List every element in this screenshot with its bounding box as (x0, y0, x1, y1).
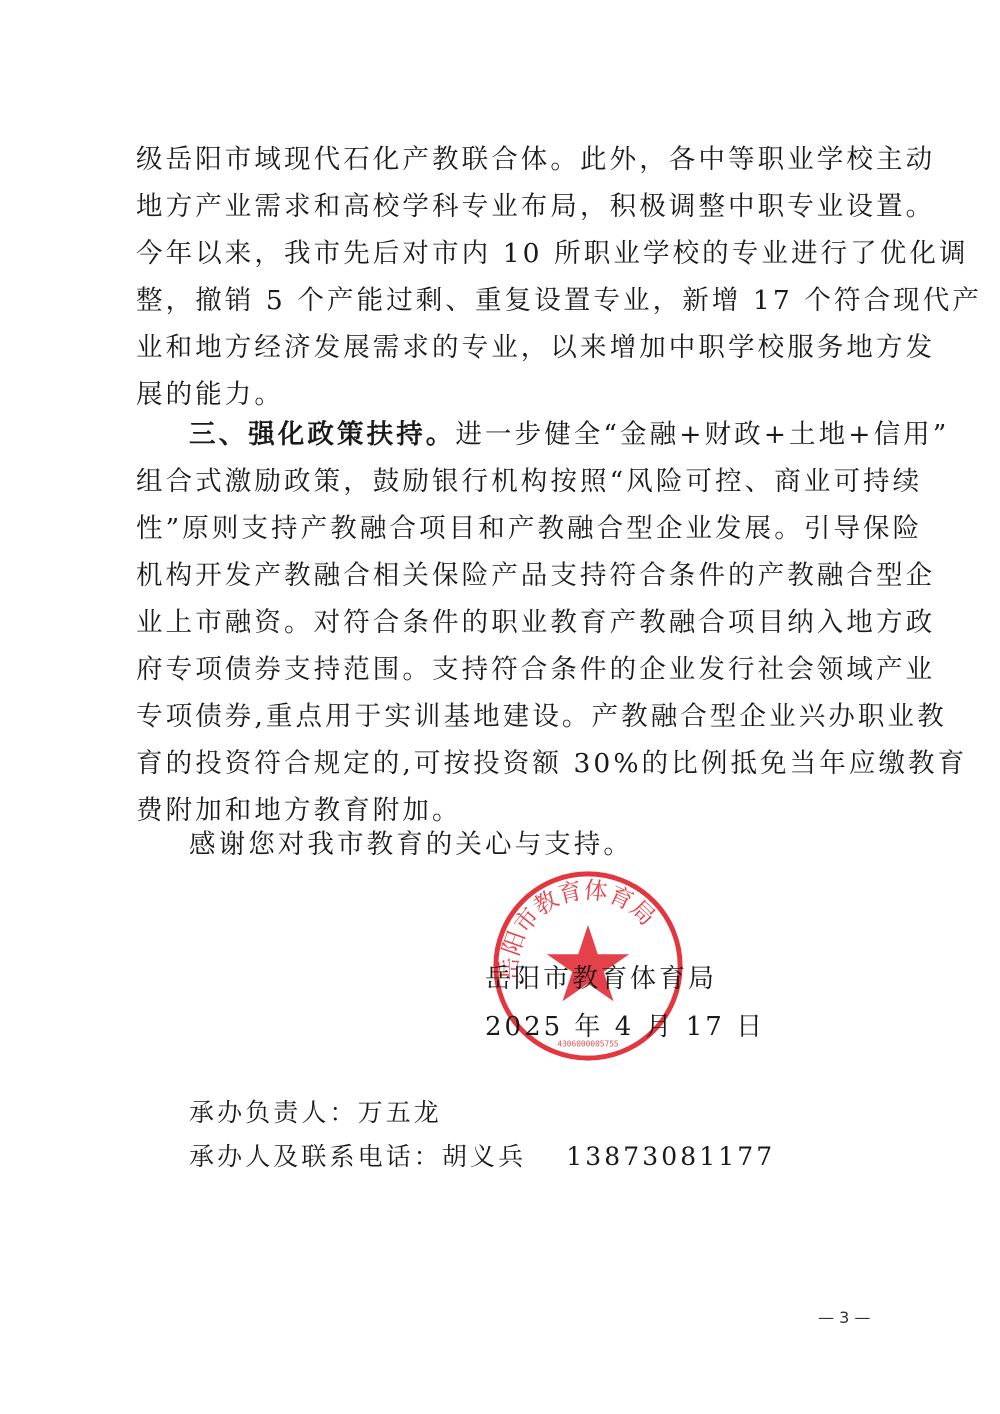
handler-label: 承办人及联系电话： (189, 1142, 442, 1171)
signature-org: 岳阳市教育体育局 (485, 958, 717, 995)
paragraph-line: 机构开发产教融合相关保险产品支持符合条件的产教融合型企 (136, 553, 935, 599)
responsible-name: 万五龙 (358, 1098, 442, 1127)
handler-phone: 13873081177 (566, 1142, 775, 1171)
paragraph-line: 整，撤销 5 个产能过剩、重复设置专业，新增 17 个符合现代产 (136, 278, 982, 324)
paragraph-line: 地方产业需求和高校学科专业布局，积极调整中职专业设置。 (136, 184, 935, 230)
responsible-line: 承办负责人：万五龙 (189, 1090, 442, 1136)
page-number: — 3 — (818, 1308, 870, 1327)
paragraph-line: 专项债券,重点用于实训基地建设。产教融合型企业兴办职业教 (136, 694, 947, 740)
paragraph-line: 业上市融资。对符合条件的职业教育产教融合项目纳入地方政 (136, 600, 935, 646)
paragraph-line: 性”原则支持产教融合项目和产教融合型企业发展。引导保险 (136, 506, 922, 552)
paragraph-line: 育的投资符合规定的,可按投资额 30%的比例抵免当年应缴教育 (136, 741, 967, 787)
paragraph-line: 府专项债券支持范围。支持符合条件的企业发行社会领域产业 (136, 647, 935, 693)
signature-date: 2025 年 4 月 17 日 (485, 1006, 765, 1043)
section-3-first-line: 三、强化政策扶持。进一步健全“金融+财政+土地+信用” (189, 412, 949, 458)
handler-name: 胡义兵 (442, 1142, 526, 1171)
paragraph-line: 组合式激励政策，鼓励银行机构按照“风险可控、商业可持续 (136, 459, 922, 505)
responsible-label: 承办负责人： (189, 1098, 358, 1127)
paragraph-line: 级岳阳市域现代石化产教联合体。此外，各中等职业学校主动 (136, 137, 935, 183)
section-3-text: 进一步健全“金融+财政+土地+信用” (455, 419, 949, 450)
section-3-heading: 三、强化政策扶持。 (189, 419, 455, 450)
paragraph-line: 今年以来，我市先后对市内 10 所职业学校的专业进行了优化调 (136, 231, 969, 277)
closing-line: 感谢您对我市教育的关心与支持。 (189, 822, 633, 868)
paragraph-line: 业和地方经济发展需求的专业，以来增加中职学校服务地方发 (136, 325, 935, 371)
handler-line: 承办人及联系电话：胡义兵13873081177 (189, 1134, 775, 1180)
